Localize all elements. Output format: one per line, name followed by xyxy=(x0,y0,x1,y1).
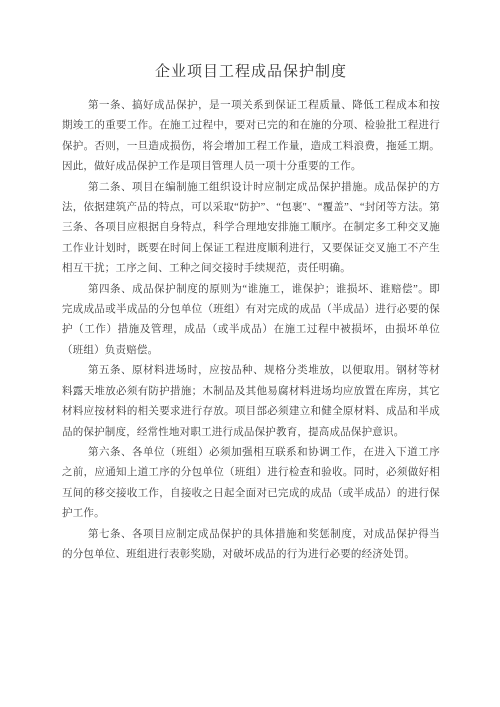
document-body: 第一条、搞好成品保护，是一项关系到保证工程质量、降低工程成本和按期竣工的重要工作… xyxy=(62,96,440,565)
paragraph-article-5: 第五条、原材料进场时，应按品种、规格分类堆放，以便取用。钢材等材料露天堆放必须有… xyxy=(62,361,440,443)
document-page: 企业项目工程成品保护制度 第一条、搞好成品保护，是一项关系到保证工程质量、降低工… xyxy=(0,0,500,707)
paragraph-article-4: 第四条、成品保护制度的原则为“谁施工，谁保护；谁损坏、谁赔偿”。即完成成品或半成… xyxy=(62,280,440,362)
paragraph-article-7: 第七条、各项目应制定成品保护的具体措施和奖惩制度，对成品保护得当的分包单位、班组… xyxy=(62,525,440,566)
paragraph-article-6: 第六条、各单位（班组）必须加强相互联系和协调工作，在进入下道工序之前，应通知上道… xyxy=(62,443,440,525)
paragraph-article-2-3: 第二条、项目在编制施工组织设计时应制定成品保护措施。成品保护的方法，依据建筑产品… xyxy=(62,178,440,280)
paragraph-article-1: 第一条、搞好成品保护，是一项关系到保证工程质量、降低工程成本和按期竣工的重要工作… xyxy=(62,96,440,178)
document-title: 企业项目工程成品保护制度 xyxy=(62,60,440,84)
